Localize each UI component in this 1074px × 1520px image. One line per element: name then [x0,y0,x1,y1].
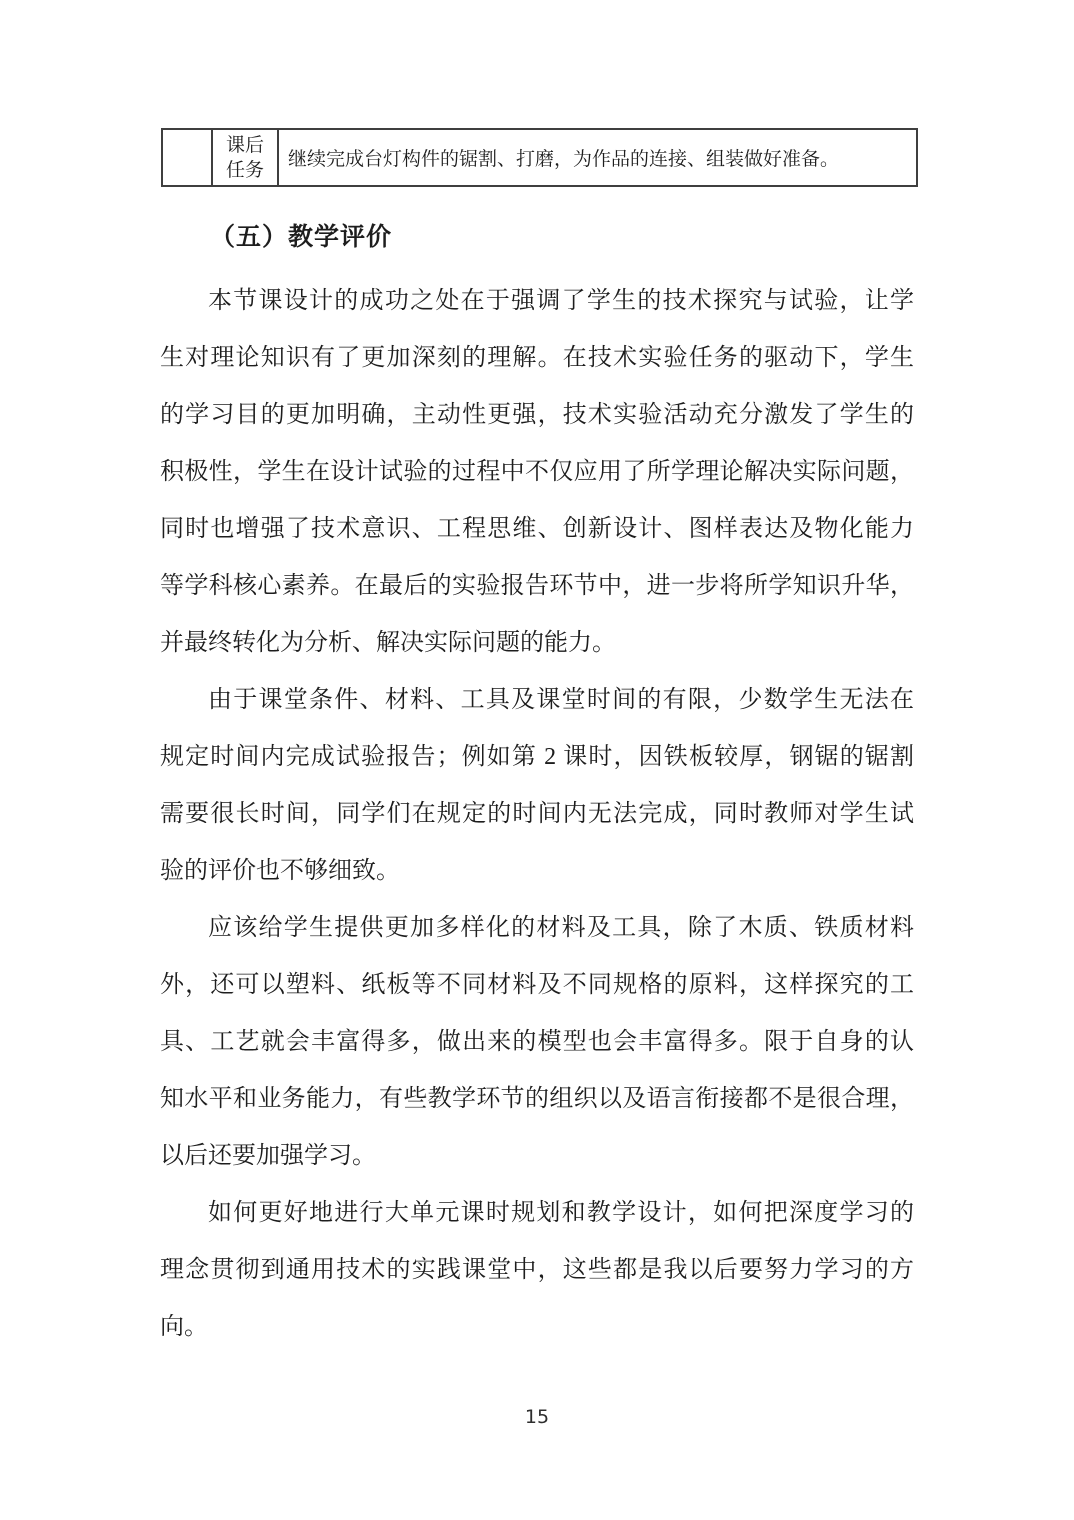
text-line: 需要很长时间，同学们在规定的时间内无法完成，同时教师对学生试 [160,786,914,843]
table-cell-task-label: 课后 任务 [213,130,279,185]
text-line: 知水平和业务能力，有些教学环节的组织以及语言衔接都不是很合理， [160,1071,914,1128]
document-page: 课后 任务 继续完成台灯构件的锯割、打磨，为作品的连接、组装做好准备。 （五）教… [0,0,1074,1520]
text-line: 同时也增强了技术意识、工程思维、创新设计、图样表达及物化能力 [160,501,914,558]
text-line: 具、工艺就会丰富得多，做出来的模型也会丰富得多。限于自身的认 [160,1014,914,1071]
text-line: 生对理论知识有了更加深刻的理解。在技术实验任务的驱动下，学生 [160,330,914,387]
text-line: 向。 [160,1299,914,1356]
text-line: 由于课堂条件、材料、工具及课堂时间的有限，少数学生无法在 [160,672,914,729]
text-line: 理念贯彻到通用技术的实践课堂中，这些都是我以后要努力学习的方 [160,1242,914,1299]
text-line: 应该给学生提供更加多样化的材料及工具，除了木质、铁质材料 [160,900,914,957]
text-line: 并最终转化为分析、解决实际问题的能力。 [160,615,914,672]
section-heading: （五）教学评价 [160,221,914,255]
text-line: 规定时间内完成试验报告；例如第 2 课时，因铁板较厚，钢锯的锯割 [160,729,914,786]
lesson-plan-table: 课后 任务 继续完成台灯构件的锯割、打磨，为作品的连接、组装做好准备。 [161,128,918,187]
text-line: 外，还可以塑料、纸板等不同材料及不同规格的原料，这样探究的工 [160,957,914,1014]
page-number: 15 [0,1406,1074,1428]
text-line: 验的评价也不够细致。 [160,843,914,900]
task-label-line1: 课后 [226,133,264,158]
table-cell-task-content: 继续完成台灯构件的锯割、打磨，为作品的连接、组装做好准备。 [279,130,916,185]
task-content-text: 继续完成台灯构件的锯割、打磨，为作品的连接、组装做好准备。 [288,144,839,171]
text-line: 等学科核心素养。在最后的实验报告环节中，进一步将所学知识升华， [160,558,914,615]
table-cell-empty [163,130,213,185]
text-line: 以后还要加强学习。 [160,1128,914,1185]
text-line: 的学习目的更加明确，主动性更强，技术实验活动充分激发了学生的 [160,387,914,444]
task-label-line2: 任务 [226,158,264,183]
body-text: 本节课设计的成功之处在于强调了学生的技术探究与试验，让学 生对理论知识有了更加深… [160,273,914,1356]
text-line: 本节课设计的成功之处在于强调了学生的技术探究与试验，让学 [160,273,914,330]
text-line: 如何更好地进行大单元课时规划和教学设计，如何把深度学习的 [160,1185,914,1242]
text-line: 积极性，学生在设计试验的过程中不仅应用了所学理论解决实际问题， [160,444,914,501]
